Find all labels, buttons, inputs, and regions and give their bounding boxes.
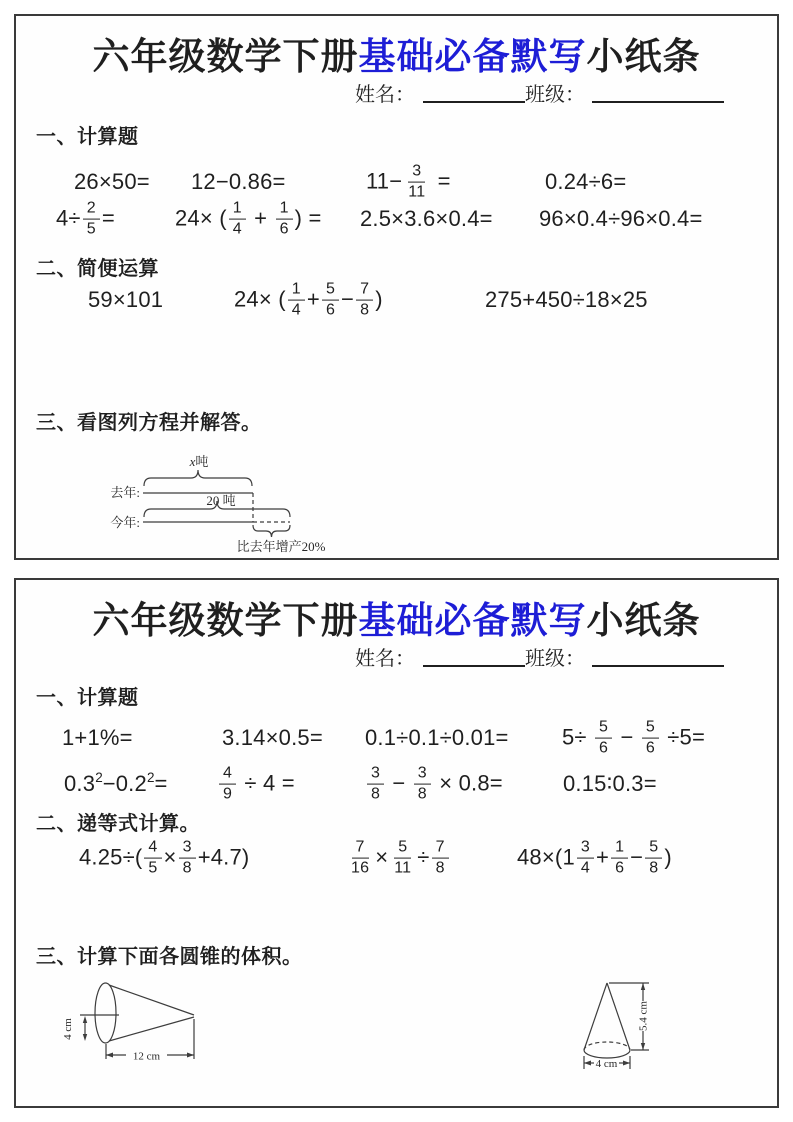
this-year-overbrace (144, 501, 290, 517)
math-expression: 0.15∶0.3= (563, 771, 657, 797)
math-expression: 4÷25= (56, 200, 115, 239)
title-segment-post: 小纸条 (587, 36, 701, 77)
title-segment-post: 小纸条 (587, 600, 701, 641)
name-blank (423, 83, 525, 103)
cone-side-top (109, 985, 194, 1015)
length-dimension: 12 cm (106, 1019, 194, 1063)
title-segment-highlight: 基础必备默写 (359, 600, 587, 641)
length-label: 12 cm (133, 1051, 161, 1063)
increase-note-label: 比去年增产20% (237, 539, 326, 554)
section-heading-2: 二、简便运算 (36, 252, 159, 281)
last-year-overbrace (144, 470, 252, 486)
class-blank (592, 83, 724, 103)
math-expression: 24× (14+56−78) (234, 281, 383, 320)
class-label: 班级： (525, 84, 585, 106)
x-tons-label: x吨 (189, 454, 209, 469)
section-heading-1: 一、计算题 (36, 681, 139, 710)
section-heading-3: 三、看图列方程并解答。 (36, 406, 262, 435)
math-expression: 0.32−0.22= (64, 771, 168, 797)
name-blank (423, 647, 525, 667)
height-dimension: 5.4 cm (609, 983, 650, 1050)
math-expression: 38 − 38 × 0.8= (365, 765, 503, 804)
this-year-label: 今年: (110, 515, 140, 530)
radius-label: 4 cm (62, 1018, 74, 1040)
math-expression: 3.14×0.5= (222, 725, 323, 751)
title-segment-highlight: 基础必备默写 (359, 36, 587, 77)
cone-side-bottom (109, 1017, 194, 1041)
bar-model-diagram: x吨 去年: 20 吨 今年: 比去年增产20% (85, 450, 350, 555)
math-expression: 1+1%= (62, 725, 133, 751)
this-year-row: 今年: (110, 501, 290, 530)
cone-figure-right: 5.4 cm 4 cm (565, 976, 665, 1076)
worksheet-page: { "colors":{"title_highlight":"#1d1dd6",… (0, 0, 793, 1122)
worksheet-card-2: 六年级数学下册基础必备默写小纸条 姓名：班级： 一、计算题 1+1%= 3.14… (14, 578, 779, 1108)
math-expression: 26×50= (74, 169, 150, 195)
twenty-tons-label: 20 吨 (206, 493, 235, 508)
class-blank (592, 647, 724, 667)
cone-figure-left: 4 cm 12 cm (62, 976, 207, 1071)
student-info-line: 姓名：班级： (355, 646, 724, 672)
diameter-dimension: 4 cm (584, 1056, 630, 1070)
math-expression: 275+450÷18×25 (485, 287, 648, 313)
name-label: 姓名： (355, 648, 415, 670)
math-expression: 24× (14 + 16) = (175, 200, 322, 239)
title-segment-pre: 六年级数学下册 (93, 600, 359, 641)
cone-side-right (607, 983, 630, 1050)
section-heading-2: 二、递等式计算。 (36, 807, 200, 836)
title-segment-pre: 六年级数学下册 (93, 36, 359, 77)
worksheet-title: 六年级数学下册基础必备默写小纸条 (16, 26, 777, 80)
math-expression: 0.1÷0.1÷0.01= (365, 725, 509, 751)
math-expression: 49 ÷ 4 = (217, 765, 295, 804)
math-expression: 96×0.4÷96×0.4= (539, 206, 703, 232)
radius-dimension: 4 cm (62, 1016, 87, 1041)
section-heading-1: 一、计算题 (36, 120, 139, 149)
math-expression: 2.5×3.6×0.4= (360, 206, 493, 232)
math-expression: 59×101 (88, 287, 163, 313)
math-expression: 48×(134+16−58) (517, 839, 672, 878)
math-expression: 716×511÷78 (345, 839, 451, 878)
math-expression: 0.24÷6= (545, 169, 626, 195)
diameter-label: 4 cm (596, 1058, 618, 1070)
cone-side-left (584, 983, 607, 1050)
height-label: 5.4 cm (638, 1001, 650, 1031)
last-year-label: 去年: (110, 485, 140, 500)
cone-base-front-arc (584, 1050, 630, 1058)
math-expression: 5÷ 56 − 56 ÷5= (562, 719, 705, 758)
cone-base-ellipse (95, 983, 116, 1043)
student-info-line: 姓名：班级： (355, 82, 724, 108)
cone-base-back-arc (584, 1042, 630, 1050)
section-heading-3: 三、计算下面各圆锥的体积。 (36, 940, 303, 969)
math-expression: 11−311 = (366, 163, 451, 202)
worksheet-title: 六年级数学下册基础必备默写小纸条 (16, 590, 777, 644)
math-expression: 12−0.86= (191, 169, 286, 195)
name-label: 姓名： (355, 84, 415, 106)
math-expression: 4.25÷(45×38+4.7) (79, 839, 249, 878)
increase-underbrace (253, 525, 290, 537)
class-label: 班级： (525, 648, 585, 670)
worksheet-card-1: 六年级数学下册基础必备默写小纸条 姓名：班级： 一、计算题 26×50= 12−… (14, 14, 779, 560)
